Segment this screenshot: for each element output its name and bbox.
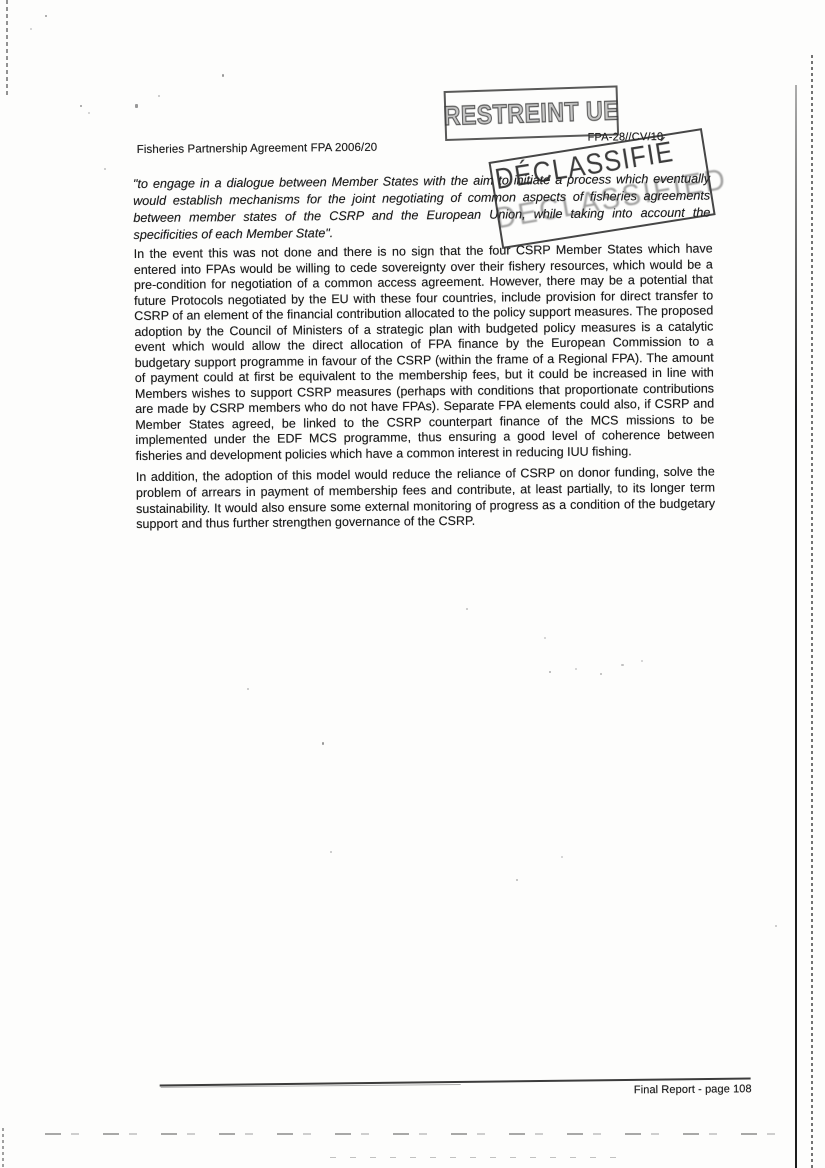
body-paragraph-2: In addition, the adoption of this model … [136,464,716,533]
scan-speckle [222,74,224,77]
scan-speckle [544,637,546,639]
scan-speckle [775,925,777,927]
scan-speckle [135,104,138,108]
scan-speckle [466,608,468,610]
page-content: Fisheries Partnership Agreement FPA 2006… [0,0,825,1168]
scan-speckle [45,15,47,17]
body-paragraph-1: In the event this was not done and there… [134,241,715,464]
scan-speckle [104,168,106,170]
scan-speckle [600,673,602,675]
scan-speckle [549,671,551,673]
scan-edge-left-dashed-line [6,0,8,96]
scan-speckle [641,660,643,662]
scan-speckle [575,668,577,670]
scan-bottom-artifact-line-1 [45,1133,785,1135]
scan-speckle [322,742,324,745]
scan-speckle [247,688,249,690]
scan-speckle [621,664,624,666]
document-title: Fisheries Partnership Agreement FPA 2006… [137,142,378,156]
scan-speckle [516,879,518,881]
restreint-ue-stamp: RESTREINT UE [444,85,620,141]
scan-edge-right-solid-line [795,85,797,1168]
scan-speckle [330,851,332,853]
scan-edge-left-bottom-line [2,1128,4,1168]
scan-speckle [80,105,82,107]
scan-speckle [30,28,32,30]
scan-speckle [158,95,160,97]
scan-edge-right-dotted-line [811,55,813,1168]
scanned-document-page: { "document": { "header": { "title": "Fi… [0,0,825,1168]
scan-speckle [88,112,90,114]
footer-page-label: Final Report - page 108 [619,1083,752,1096]
restreint-ue-stamp-text: RESTREINT UE [443,95,619,132]
scan-speckle [561,856,563,858]
scan-bottom-artifact-line-2 [330,1157,620,1158]
